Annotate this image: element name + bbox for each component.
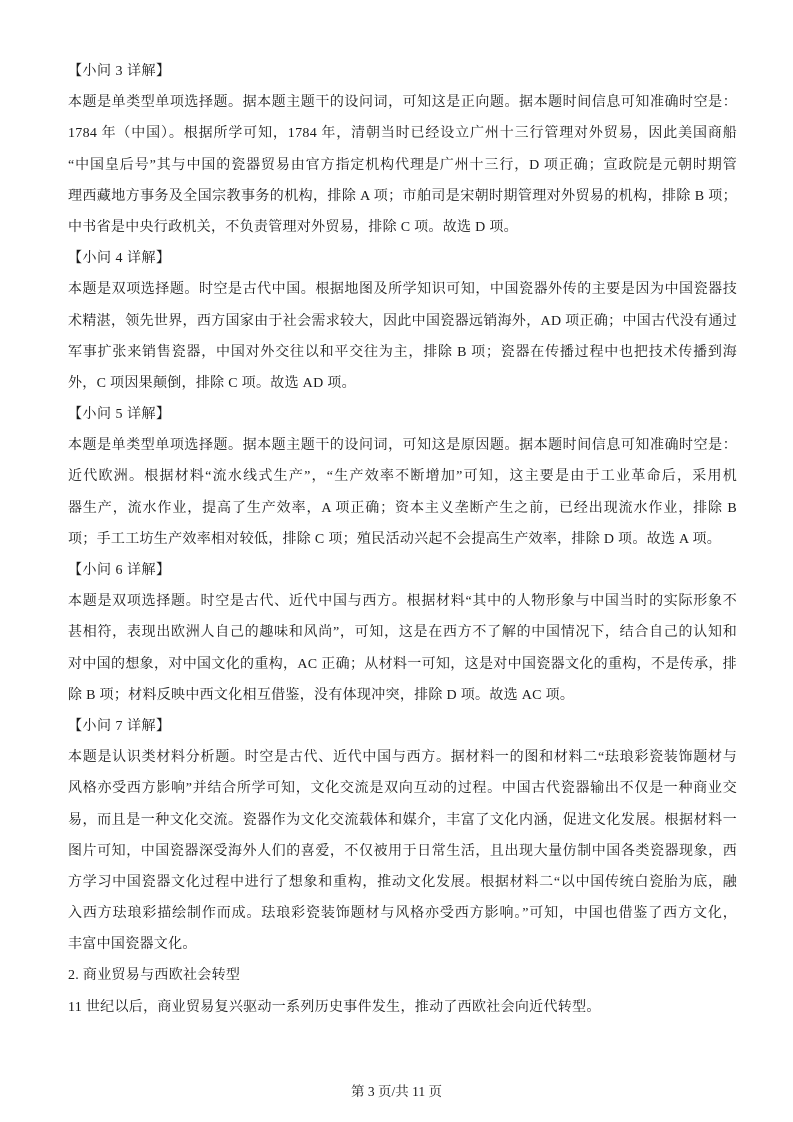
text-line: 军事扩张来销售瓷器，中国对外交往以和平交往为主，排除 B 项；瓷器在传播过程中也…	[68, 337, 737, 368]
text-line: 入西方珐琅彩描绘制作而成。珐琅彩瓷装饰题材与风格亦受西方影响。”可知，中国也借鉴…	[68, 898, 737, 929]
text-line: 1784 年（中国）。根据所学可知，1784 年，清朝当时已经设立广州十三行管理…	[68, 118, 737, 149]
text-line: 甚相符，表现出欧洲人自己的趣味和风尚”，可知，这是在西方不了解的中国情况下，结合…	[68, 617, 737, 648]
page-footer: 第 3 页/共 11 页	[0, 1080, 793, 1100]
text-line: 易，而且是一种文化交流。瓷器作为文化交流载体和媒介，丰富了文化内涵，促进文化发展…	[68, 805, 737, 836]
text-line: 本题是认识类材料分析题。时空是古代、近代中国与西方。据材料一的图和材料二“珐琅彩…	[68, 742, 737, 773]
text-line: 器生产，流水作业，提高了生产效率，A 项正确；资本主义垄断产生之前，已经出现流水…	[68, 493, 737, 524]
text-line: 本题是双项选择题。时空是古代中国。根据地图及所学知识可知，中国瓷器外传的主要是因…	[68, 274, 737, 305]
text-line: 2. 商业贸易与西欧社会转型	[68, 960, 737, 991]
text-line: 方学习中国瓷器文化过程中进行了想象和重构，推动文化发展。根据材料二“以中国传统白…	[68, 867, 737, 898]
section-heading: 【小问 3 详解】	[68, 56, 737, 87]
document-page: 【小问 3 详解】本题是单类型单项选择题。据本题主题干的设问词，可知这是正向题。…	[0, 0, 793, 1122]
text-line: 外，C 项因果颠倒，排除 C 项。故选 AD 项。	[68, 368, 737, 399]
section-heading: 【小问 6 详解】	[68, 555, 737, 586]
section-heading: 【小问 5 详解】	[68, 399, 737, 430]
text-line: 除 B 项；材料反映中西文化相互借鉴，没有体现冲突，排除 D 项。故选 AC 项…	[68, 680, 737, 711]
text-line: 丰富中国瓷器文化。	[68, 929, 737, 960]
section-heading: 【小问 4 详解】	[68, 243, 737, 274]
text-line: 对中国的想象，对中国文化的重构，AC 正确；从材料一可知，这是对中国瓷器文化的重…	[68, 649, 737, 680]
section-heading: 【小问 7 详解】	[68, 711, 737, 742]
text-line: 项；手工工坊生产效率相对较低，排除 C 项；殖民活动兴起不会提高生产效率，排除 …	[68, 524, 737, 555]
text-line: 图片可知，中国瓷器深受海外人们的喜爱，不仅被用于日常生活，且出现大量仿制中国各类…	[68, 836, 737, 867]
document-body: 【小问 3 详解】本题是单类型单项选择题。据本题主题干的设问词，可知这是正向题。…	[68, 56, 737, 1023]
text-line: 术精湛，领先世界，西方国家由于社会需求较大，因此中国瓷器远销海外，AD 项正确；…	[68, 306, 737, 337]
text-line: “中国皇后号”其与中国的瓷器贸易由官方指定机构代理是广州十三行，D 项正确；宣政…	[68, 150, 737, 181]
text-line: 11 世纪以后，商业贸易复兴驱动一系列历史事件发生，推动了西欧社会向近代转型。	[68, 992, 737, 1023]
text-line: 本题是单类型单项选择题。据本题主题干的设问词，可知这是正向题。据本题时间信息可知…	[68, 87, 737, 118]
text-line: 风格亦受西方影响”并结合所学可知，文化交流是双向互动的过程。中国古代瓷器输出不仅…	[68, 773, 737, 804]
text-line: 理西藏地方事务及全国宗教事务的机构，排除 A 项；市舶司是宋朝时期管理对外贸易的…	[68, 181, 737, 212]
text-line: 本题是单类型单项选择题。据本题主题干的设问词，可知这是原因题。据本题时间信息可知…	[68, 430, 737, 461]
text-line: 中书省是中央行政机关，不负责管理对外贸易，排除 C 项。故选 D 项。	[68, 212, 737, 243]
text-line: 近代欧洲。根据材料“流水线式生产”，“生产效率不断增加”可知，这主要是由于工业革…	[68, 461, 737, 492]
text-line: 本题是双项选择题。时空是古代、近代中国与西方。根据材料“其中的人物形象与中国当时…	[68, 586, 737, 617]
